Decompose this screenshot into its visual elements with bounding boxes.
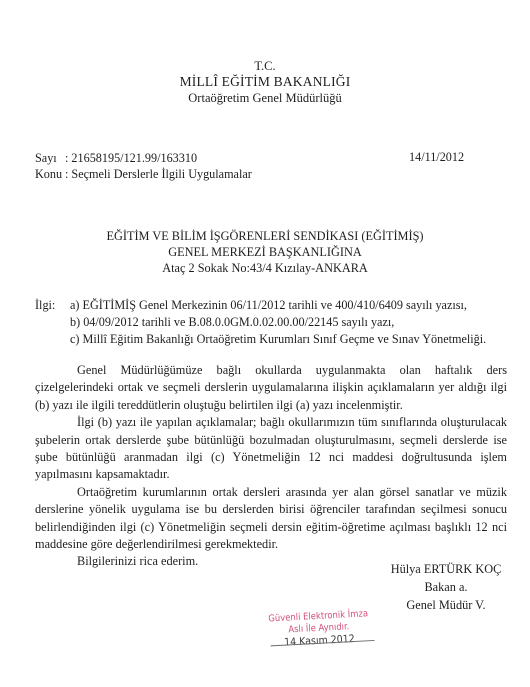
header-tc: T.C. [0, 58, 530, 74]
konu-value: : Seçmeli Derslerle İlgili Uygulamalar [65, 167, 252, 181]
recipient-block: EĞİTİM VE BİLİM İŞGÖRENLERİ SENDİKASI (E… [0, 228, 530, 276]
sayi-value: : 21658195/121.99/163310 [65, 151, 197, 165]
signatory-name: Hülya ERTÜRK KOÇ [376, 560, 516, 578]
reference-item-c: c) Millî Eğitim Bakanlığı Ortaöğretim Ku… [70, 331, 486, 348]
sayi-line: Sayı: 21658195/121.99/163310 [35, 150, 252, 166]
body-paragraph: Ortaöğretim kurumlarının ortak dersleri … [35, 484, 507, 554]
reference-item-b: b) 04/09/2012 tarihli ve B.08.0.0GM.0.02… [70, 314, 486, 331]
certification-stamp: Güvenli Elektronik İmza Aslı İle Aynıdır… [258, 608, 380, 651]
body-paragraph: İlgi (b) yazı ile yapılan açıklamalar; b… [35, 414, 507, 484]
signatory-title-2: Genel Müdür V. [376, 596, 516, 614]
letter-body: Genel Müdürlüğümüze bağlı okullarda uygu… [35, 362, 507, 571]
document-meta: Sayı: 21658195/121.99/163310 Konu: Seçme… [35, 150, 252, 182]
signatory-title-1: Bakan a. [376, 578, 516, 596]
body-paragraph: Genel Müdürlüğümüze bağlı okullarda uygu… [35, 362, 507, 414]
stamp-date-wrap: 14 Kasım 2012 [284, 634, 355, 649]
konu-line: Konu: Seçmeli Derslerle İlgili Uygulamal… [35, 166, 252, 182]
header-directorate: Ortaöğretim Genel Müdürlüğü [0, 90, 530, 106]
konu-label: Konu [35, 166, 65, 182]
document-header: T.C. MİLLÎ EĞİTİM BAKANLIĞI Ortaöğretim … [0, 58, 530, 106]
recipient-line-2: GENEL MERKEZİ BAŞKANLIĞINA [0, 244, 530, 260]
recipient-line-1: EĞİTİM VE BİLİM İŞGÖRENLERİ SENDİKASI (E… [0, 228, 530, 244]
references-label: İlgi: [35, 297, 55, 314]
header-ministry: MİLLÎ EĞİTİM BAKANLIĞI [0, 74, 530, 90]
document-date: 14/11/2012 [409, 150, 464, 165]
reference-item-a: a) EĞİTİMİŞ Genel Merkezinin 06/11/2012 … [70, 297, 486, 314]
sayi-label: Sayı [35, 150, 65, 166]
signature-block: Hülya ERTÜRK KOÇ Bakan a. Genel Müdür V. [376, 560, 516, 614]
recipient-address: Ataç 2 Sokak No:43/4 Kızılay-ANKARA [0, 260, 530, 276]
